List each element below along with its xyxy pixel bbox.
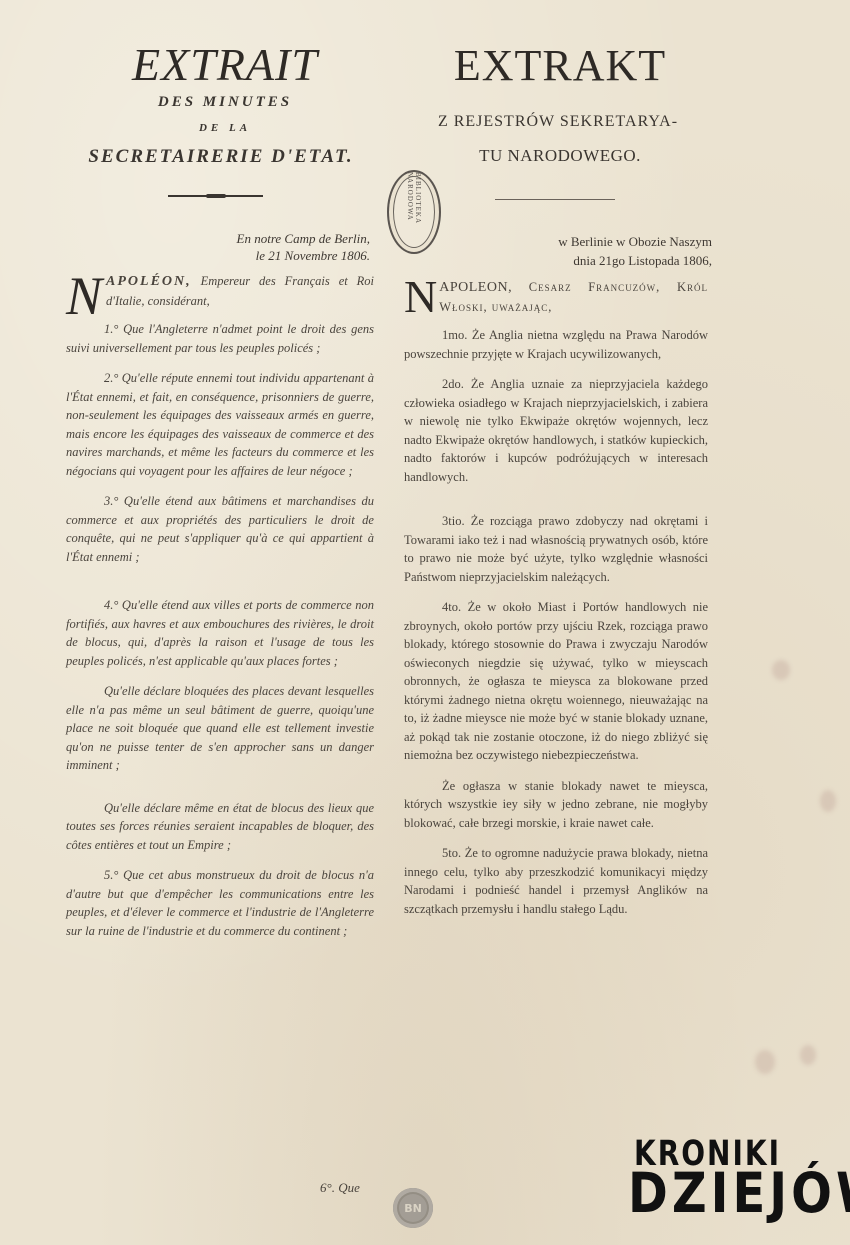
french-paragraph-2: 2.° Qu'elle répute ennemi tout individu … (66, 369, 374, 480)
french-paragraph-3: 3.° Qu'elle étend aux bâtimens et marcha… (66, 492, 374, 566)
polish-place-date: w Berlinie w Obozie Naszym dnia 21go Lis… (480, 232, 712, 270)
polish-place-line-2: dnia 21go Listopada 1806, (480, 251, 712, 270)
french-intro: NAPOLÉON, Empereur des Français et Roi d… (66, 272, 374, 310)
foxing-spot (772, 660, 790, 680)
french-ornament-rule (168, 195, 263, 197)
polish-paragraph-2: 2do. Że Anglia uznaie za nieprzyjaciela … (404, 375, 708, 486)
polish-place-line-1: w Berlinie w Obozie Naszym (480, 232, 712, 251)
bn-stamp-text: BN (404, 1202, 422, 1215)
french-dropcap: N (66, 276, 102, 316)
french-subtitle-3: SECRETAIRERIE D'ETAT. (65, 146, 377, 168)
foxing-spot (820, 790, 836, 812)
library-stamp-icon: BIBLIOTEKA NARODOWA (387, 170, 441, 254)
polish-paragraph-4: 4to. Że w około Miast i Portów handlowyc… (404, 598, 708, 765)
french-paragraph-5: Qu'elle déclare bloquées des places deva… (66, 682, 374, 775)
logo-line-2: DZIEJÓW (628, 1166, 818, 1221)
foxing-spot (755, 1050, 775, 1074)
polish-intro-name: APOLEON, (439, 280, 512, 295)
polish-paragraph-3: 3tio. Że rozciąga prawo zdobyczy nad okr… (404, 512, 708, 586)
french-place-date: En notre Camp de Berlin, le 21 Novembre … (150, 230, 370, 264)
polish-subtitle-1: Z REJESTRÓW SEKRETARYA- (398, 113, 718, 131)
polish-dropcap: N (404, 280, 437, 314)
kroniki-dziejow-logo: KRONIKI DZIEJÓW (628, 1136, 818, 1214)
bn-stamp-icon: BN (393, 1188, 433, 1228)
french-title: EXTRAIT (100, 38, 350, 91)
french-subtitle-2: DE LA (190, 122, 260, 134)
french-body: NAPOLÉON, Empereur des Français et Roi d… (66, 272, 374, 952)
polish-intro: NAPOLEON, Cesarz Francuzów, Król Włoski,… (404, 278, 708, 316)
french-place-line-2: le 21 Novembre 1806. (150, 247, 370, 264)
french-catchword: 6°. Que (320, 1180, 360, 1196)
polish-subtitle-2: TU NARODOWEGO. (450, 146, 670, 166)
polish-paragraph-1: 1mo. Że Anglia nietna względu na Prawa N… (404, 326, 708, 363)
french-paragraph-4: 4.° Qu'elle étend aux villes et ports de… (66, 596, 374, 670)
french-intro-name: APOLÉON, (106, 274, 192, 289)
french-paragraph-7: 5.° Que cet abus monstrueux du droit de … (66, 866, 374, 940)
french-paragraph-6: Qu'elle déclare même en état de blocus d… (66, 799, 374, 855)
foxing-spot (800, 1045, 816, 1065)
french-paragraph-1: 1.° Que l'Angleterre n'admet point le dr… (66, 320, 374, 357)
polish-paragraph-6: 5to. Że to ogromne nadużycie prawa bloka… (404, 844, 708, 918)
library-stamp-text: BIBLIOTEKA NARODOWA (406, 172, 422, 252)
polish-paragraph-5: Że ogłasza w stanie blokady nawet te mie… (404, 777, 708, 833)
polish-ornament-rule (495, 199, 615, 200)
french-subtitle-1: DES MINUTES (140, 94, 310, 111)
polish-body: NAPOLEON, Cesarz Francuzów, Król Włoski,… (404, 278, 708, 930)
french-place-line-1: En notre Camp de Berlin, (150, 230, 370, 247)
polish-title: EXTRAKT (440, 40, 680, 91)
